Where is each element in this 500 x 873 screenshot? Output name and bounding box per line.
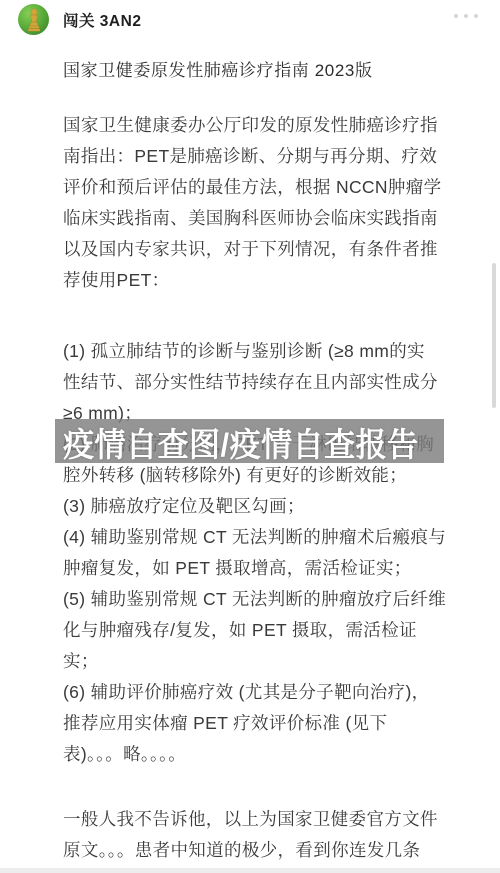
text-line: 一般人我不告诉他，以上为国家卫健委官方文件 [63, 804, 473, 835]
text-line: 临床实践指南、美国胸科医师协会临床实践指南 [63, 203, 473, 234]
text-line: 腔外转移 (脑转移除外) 有更好的诊断效能； [63, 460, 473, 491]
avatar[interactable] [18, 4, 49, 35]
text-line: 实； [63, 646, 473, 677]
post-screen: 闯关 3AN2 国家卫健委原发性肺癌诊疗指南 2023版 国家卫生健康委办公厅印… [0, 0, 500, 873]
text-line: 推荐应用实体瘤 PET 疗效评价标准 (见下 [63, 708, 473, 739]
text-line: 肿瘤复发，如 PET 摄取增高，需活检证实； [63, 553, 473, 584]
text-line: 原文。。。患者中知道的极少，看到你连发几条 [63, 835, 473, 866]
text-line: (1) 孤立肺结节的诊断与鉴别诊断 (≥8 mm的实 [63, 336, 473, 367]
more-options-icon[interactable] [454, 14, 478, 18]
text-line: 性结节、部分实性结节持续存在且内部实性成分 [63, 367, 473, 398]
text-line: 国家卫生健康委办公厅印发的原发性肺癌诊疗指 [63, 110, 473, 141]
paragraph-list: (1) 孤立肺结节的诊断与鉴别诊断 (≥8 mm的实 性结节、部分实性结节持续存… [63, 336, 473, 770]
text-line: 表)。。。略。。。。 [63, 739, 473, 770]
bottom-divider [0, 868, 500, 873]
text-line: (6) 辅助评价肺癌疗效 (尤其是分子靶向治疗)， [63, 677, 473, 708]
trophy-icon [24, 8, 44, 32]
text-line: (2) 肺癌治疗前分期，PET 对于淋巴结转移和胸 [63, 429, 473, 460]
text-line: ≥6 mm)； [63, 398, 473, 429]
scrollbar-thumb[interactable] [492, 263, 496, 408]
text-line: 化与肿瘤残存/复发，如 PET 摄取，需活检证 [63, 615, 473, 646]
text-line: 评价和预后评估的最佳方法，根据 NCCN肿瘤学 [63, 172, 473, 203]
text-line: 南指出：PET是肺癌诊断、分期与再分期、疗效 [63, 141, 473, 172]
text-line: 以及国内专家共识，对于下列情况，有条件者推 [63, 234, 473, 265]
text-line: (3) 肺癌放疗定位及靶区勾画； [63, 491, 473, 522]
text-line: 荐使用PET： [63, 265, 473, 296]
paragraph-footer: 一般人我不告诉他，以上为国家卫健委官方文件 原文。。。患者中知道的极少，看到你连… [63, 804, 473, 866]
post-title: 国家卫健委原发性肺癌诊疗指南 2023版 [63, 56, 373, 81]
paragraph-intro: 国家卫生健康委办公厅印发的原发性肺癌诊疗指 南指出：PET是肺癌诊断、分期与再分… [63, 110, 473, 296]
username[interactable]: 闯关 3AN2 [63, 9, 141, 31]
text-line: (5) 辅助鉴别常规 CT 无法判断的肿瘤放疗后纤维 [63, 584, 473, 615]
text-line: (4) 辅助鉴别常规 CT 无法判断的肿瘤术后瘢痕与 [63, 522, 473, 553]
